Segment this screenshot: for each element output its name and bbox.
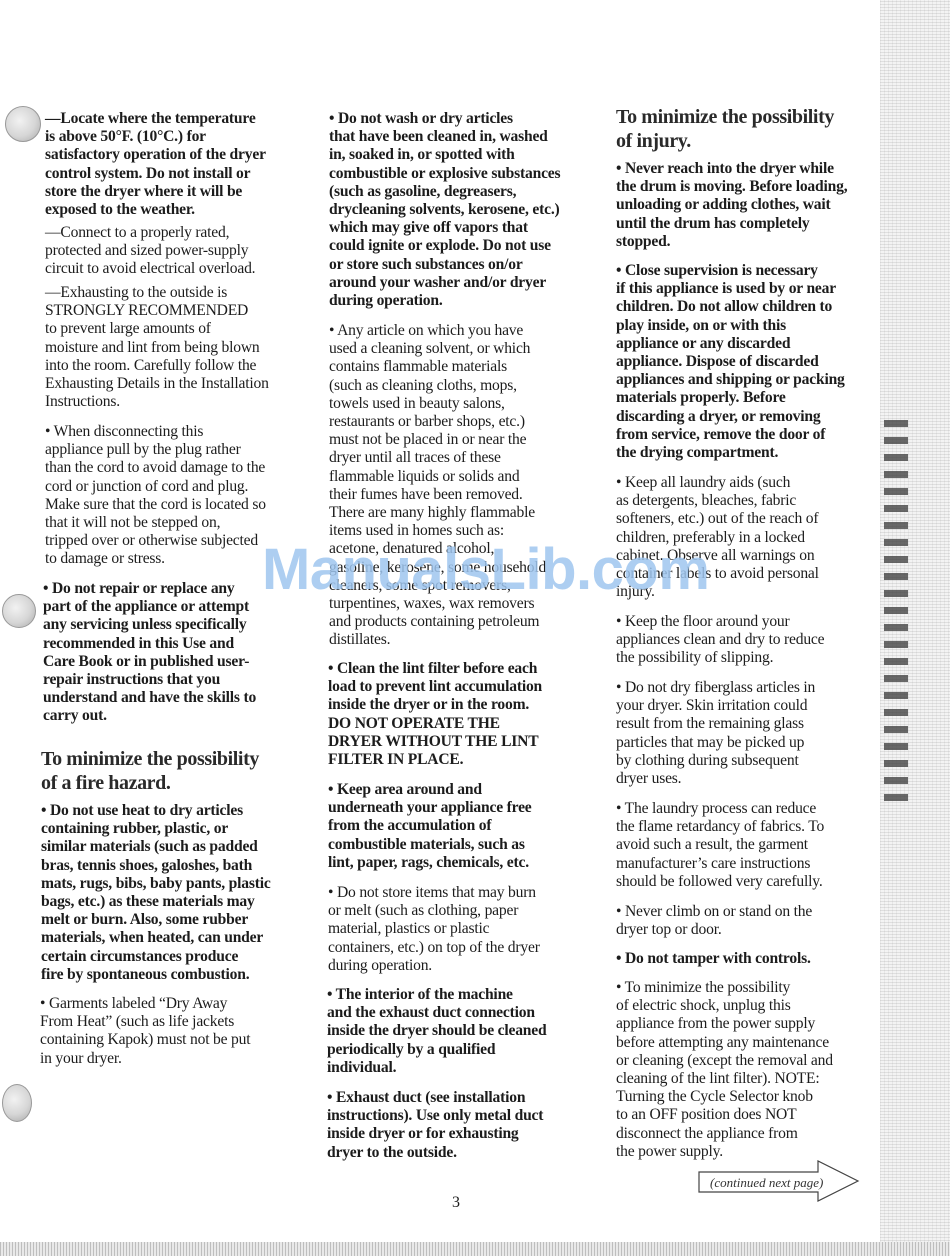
bullet-keep-area-clear: • Keep area around and underneath your a… xyxy=(328,781,532,872)
bullet-drum-moving: • Never reach into the dryer while the d… xyxy=(616,160,847,251)
bullet-flame-retardancy: • The laundry process can reduce the fla… xyxy=(616,800,824,891)
bullet-repair: • Do not repair or replace any part of t… xyxy=(43,580,256,726)
punch-hole-icon xyxy=(5,106,41,142)
bullet-electric-shock: • To minimize the possibility of electri… xyxy=(616,979,833,1161)
injury-heading: To minimize the possibility of injury. xyxy=(616,105,834,153)
bullet-lint-filter: • Clean the lint filter before each load… xyxy=(328,660,542,769)
bullet-rubber-plastic: • Do not use heat to dry articles contai… xyxy=(41,802,271,984)
intro-item-temperature: —Locate where the temperature is above 5… xyxy=(45,110,266,219)
bullet-disconnecting: • When disconnecting this appliance pull… xyxy=(45,423,266,569)
bullet-never-climb: • Never climb on or stand on the dryer t… xyxy=(616,903,812,939)
bullet-do-not-store-on-top: • Do not store items that may burn or me… xyxy=(328,884,540,975)
page-number: 3 xyxy=(452,1194,460,1212)
bullet-fiberglass: • Do not dry fiberglass articles in your… xyxy=(616,679,815,788)
bullet-floor-clean: • Keep the floor around your appliances … xyxy=(616,613,824,668)
punch-hole-icon xyxy=(2,594,36,628)
bullet-dry-away-from-heat: • Garments labeled “Dry Away From Heat” … xyxy=(40,995,250,1068)
bullet-tamper-controls: • Do not tamper with controls. xyxy=(616,950,811,968)
intro-item-power-supply: —Connect to a properly rated, protected … xyxy=(45,224,255,279)
scan-edge-marks xyxy=(884,420,908,810)
bullet-supervision-children: • Close supervision is necessary if this… xyxy=(616,262,845,462)
continued-label: (continued next page) xyxy=(710,1175,823,1191)
punch-hole-icon xyxy=(2,1084,32,1122)
bullet-combustible-substances: • Do not wash or dry articles that have … xyxy=(329,110,560,310)
scan-bottom-edge xyxy=(0,1242,950,1256)
fire-hazard-heading: To minimize the possibility of a fire ha… xyxy=(41,747,259,795)
watermark: ManualsLib.com xyxy=(262,536,709,603)
bullet-interior-cleaning: • The interior of the machine and the ex… xyxy=(327,986,546,1077)
intro-item-exhausting: —Exhausting to the outside is STRONGLY R… xyxy=(45,284,269,411)
continued-next-page-arrow: (continued next page) xyxy=(698,1160,858,1200)
bullet-exhaust-duct: • Exhaust duct (see installation instruc… xyxy=(327,1089,543,1162)
